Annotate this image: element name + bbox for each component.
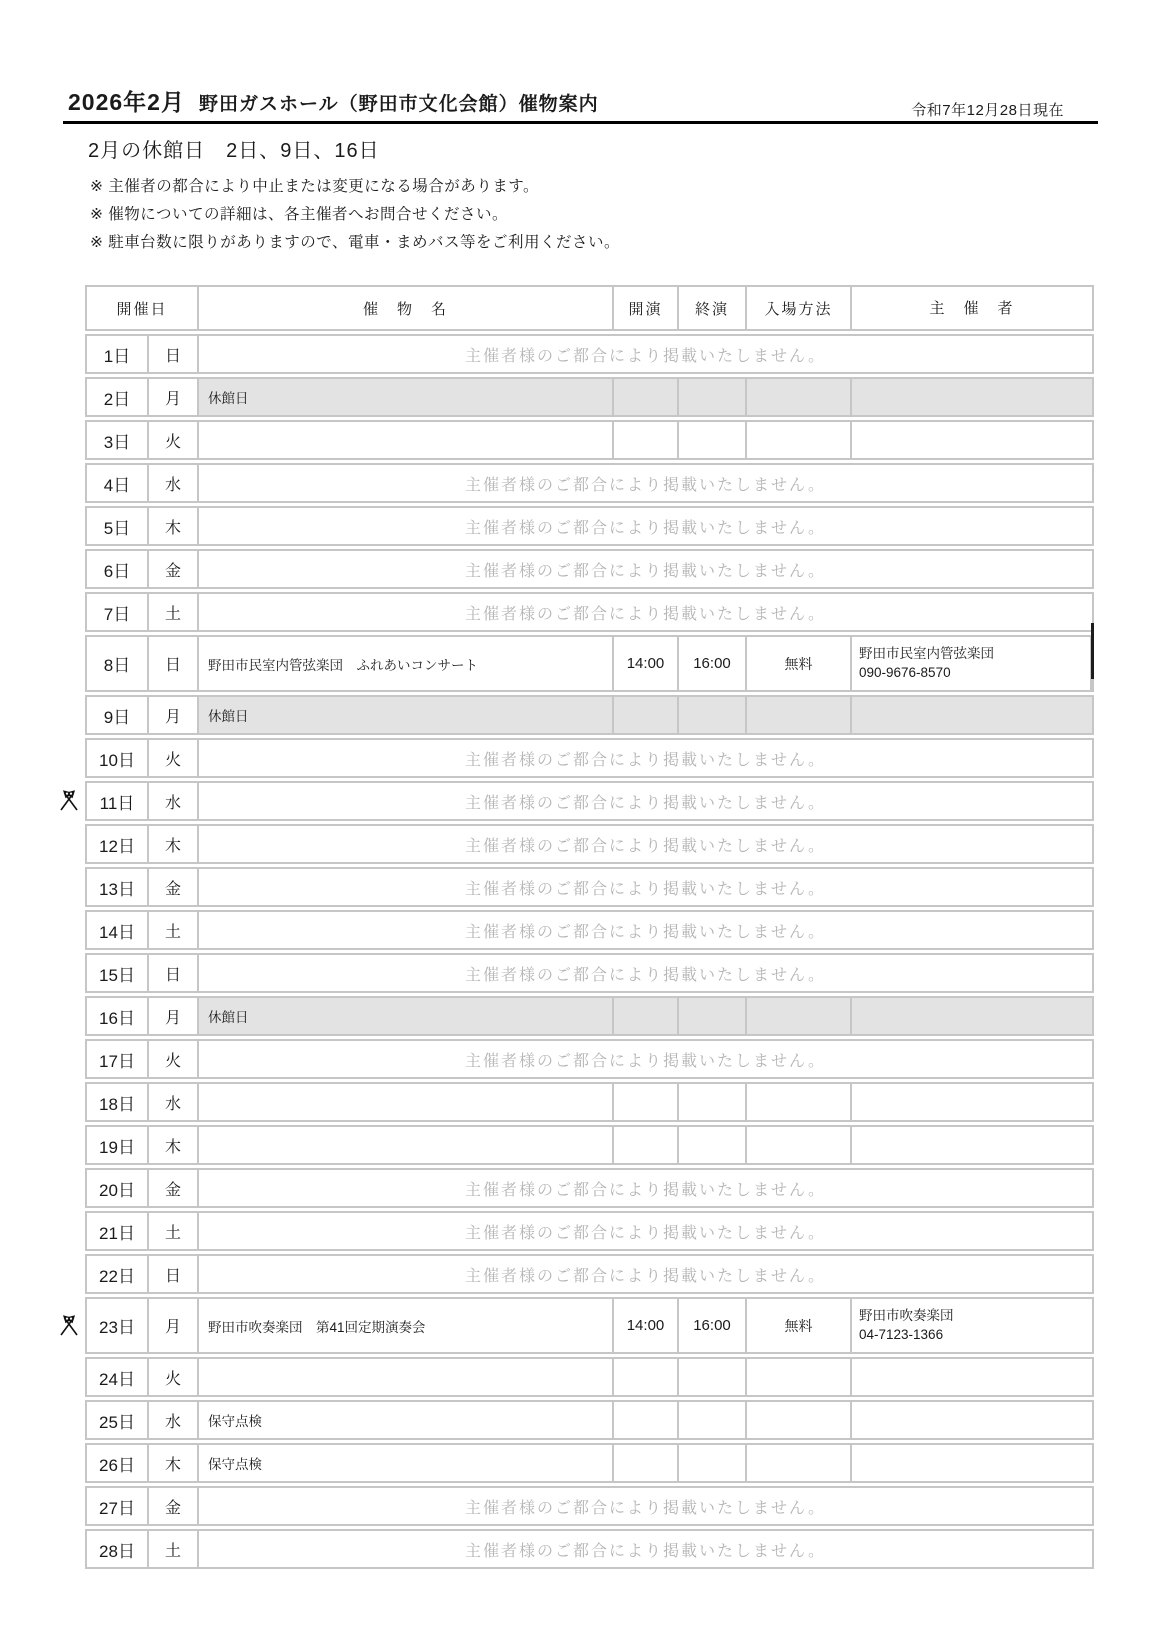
date-cell: 7日 bbox=[87, 594, 149, 630]
notes: ※ 主催者の都合により中止または変更になる場合があります。 ※ 催物についての詳… bbox=[90, 173, 620, 257]
table-row: 6日金主催者様のご都合により掲載いたしません。 bbox=[85, 549, 1094, 589]
table-row: 19日木 bbox=[85, 1125, 1094, 1165]
admission-cell bbox=[747, 1084, 852, 1120]
weekday-cell: 水 bbox=[149, 1084, 199, 1120]
date-cell: 10日 bbox=[87, 740, 149, 776]
end-time-cell: 16:00 bbox=[679, 637, 747, 690]
organizer-cell bbox=[852, 379, 1092, 415]
start-time-cell bbox=[614, 1084, 679, 1120]
weekday-cell: 日 bbox=[149, 955, 199, 991]
table-row: 3日火 bbox=[85, 420, 1094, 460]
start-time-cell bbox=[614, 1402, 679, 1438]
event-name-cell: 保守点検 bbox=[199, 1402, 614, 1438]
weekday-cell: 火 bbox=[149, 740, 199, 776]
weekday-cell: 水 bbox=[149, 465, 199, 501]
weekday-cell: 土 bbox=[149, 1213, 199, 1249]
date-cell: 23日 bbox=[87, 1299, 149, 1352]
date-cell: 4日 bbox=[87, 465, 149, 501]
organizer-cell: 野田市吹奏楽団04-7123-1366 bbox=[852, 1299, 1092, 1352]
date-cell: 1日 bbox=[87, 336, 149, 372]
notice-cell: 主催者様のご都合により掲載いたしません。 bbox=[199, 1170, 1092, 1206]
weekday-cell: 土 bbox=[149, 1531, 199, 1567]
start-time-cell: 14:00 bbox=[614, 1299, 679, 1352]
admission-cell bbox=[747, 998, 852, 1034]
end-time-cell: 16:00 bbox=[679, 1299, 747, 1352]
table-row: 5日木主催者様のご都合により掲載いたしません。 bbox=[85, 506, 1094, 546]
notice-cell: 主催者様のご都合により掲載いたしません。 bbox=[199, 336, 1092, 372]
table-header-row: 開催日 催 物 名 開演 終演 入場方法 主 催 者 bbox=[85, 285, 1094, 331]
notice-cell: 主催者様のご都合により掲載いたしません。 bbox=[199, 1213, 1092, 1249]
date-cell: 24日 bbox=[87, 1359, 149, 1395]
event-name-cell: 保守点検 bbox=[199, 1445, 614, 1481]
organizer-cell bbox=[852, 1445, 1092, 1481]
weekday-cell: 月 bbox=[149, 998, 199, 1034]
notice-cell: 主催者様のご都合により掲載いたしません。 bbox=[199, 826, 1092, 862]
header-date: 開催日 bbox=[87, 287, 199, 329]
weekday-cell: 水 bbox=[149, 1402, 199, 1438]
weekday-cell: 木 bbox=[149, 826, 199, 862]
table-row: 13日金主催者様のご都合により掲載いたしません。 bbox=[85, 867, 1094, 907]
crossed-flags-icon bbox=[57, 1314, 81, 1338]
crossed-flags-icon bbox=[57, 789, 81, 813]
event-name-cell bbox=[199, 1359, 614, 1395]
event-name-cell: 休館日 bbox=[199, 697, 614, 733]
date-cell: 21日 bbox=[87, 1213, 149, 1249]
header-start-time: 開演 bbox=[614, 287, 679, 329]
organizer-cell bbox=[852, 1127, 1092, 1163]
table-row: 21日土主催者様のご都合により掲載いたしません。 bbox=[85, 1211, 1094, 1251]
date-cell: 6日 bbox=[87, 551, 149, 587]
scan-artifact-line bbox=[1091, 623, 1094, 679]
organizer-lines: 野田市吹奏楽団04-7123-1366 bbox=[859, 1307, 954, 1345]
organizer-cell bbox=[852, 1402, 1092, 1438]
date-cell: 3日 bbox=[87, 422, 149, 458]
date-cell: 11日 bbox=[87, 783, 149, 819]
table-row: 17日火主催者様のご都合により掲載いたしません。 bbox=[85, 1039, 1094, 1079]
table-row: 22日日主催者様のご都合により掲載いたしません。 bbox=[85, 1254, 1094, 1294]
end-time-cell bbox=[679, 1359, 747, 1395]
date-cell: 16日 bbox=[87, 998, 149, 1034]
header-admission: 入場方法 bbox=[747, 287, 852, 329]
end-time-cell bbox=[679, 998, 747, 1034]
table-row: 26日木保守点検 bbox=[85, 1443, 1094, 1483]
start-time-cell bbox=[614, 379, 679, 415]
event-name-cell: 休館日 bbox=[199, 379, 614, 415]
notice-cell: 主催者様のご都合により掲載いたしません。 bbox=[199, 465, 1092, 501]
date-cell: 25日 bbox=[87, 1402, 149, 1438]
event-name-cell: 休館日 bbox=[199, 998, 614, 1034]
weekday-cell: 日 bbox=[149, 1256, 199, 1292]
start-time-cell bbox=[614, 1445, 679, 1481]
weekday-cell: 日 bbox=[149, 637, 199, 690]
weekday-cell: 火 bbox=[149, 1359, 199, 1395]
organizer-cell: 野田市民室内管弦楽団090-9676-8570 bbox=[852, 637, 1092, 690]
notice-cell: 主催者様のご都合により掲載いたしません。 bbox=[199, 783, 1092, 819]
date-cell: 9日 bbox=[87, 697, 149, 733]
document-header: 2026年2月野田ガスホール（野田市文化会館）催物案内 bbox=[68, 84, 599, 117]
table-row: 18日水 bbox=[85, 1082, 1094, 1122]
end-time-cell bbox=[679, 1084, 747, 1120]
date-cell: 5日 bbox=[87, 508, 149, 544]
weekday-cell: 金 bbox=[149, 551, 199, 587]
event-name-cell: 野田市吹奏楽団 第41回定期演奏会 bbox=[199, 1299, 614, 1352]
admission-cell bbox=[747, 1445, 852, 1481]
date-cell: 8日 bbox=[87, 637, 149, 690]
notice-cell: 主催者様のご都合により掲載いたしません。 bbox=[199, 551, 1092, 587]
admission-cell bbox=[747, 379, 852, 415]
notice-cell: 主催者様のご都合により掲載いたしません。 bbox=[199, 955, 1092, 991]
date-cell: 15日 bbox=[87, 955, 149, 991]
end-time-cell bbox=[679, 1402, 747, 1438]
notice-cell: 主催者様のご都合により掲載いたしません。 bbox=[199, 1041, 1092, 1077]
end-time-cell bbox=[679, 697, 747, 733]
weekday-cell: 木 bbox=[149, 1127, 199, 1163]
table-body: 1日日主催者様のご都合により掲載いたしません。2日月休館日3日火4日水主催者様の… bbox=[85, 334, 1094, 1569]
notice-cell: 主催者様のご都合により掲載いたしません。 bbox=[199, 594, 1092, 630]
notice-cell: 主催者様のご都合により掲載いたしません。 bbox=[199, 869, 1092, 905]
weekday-cell: 火 bbox=[149, 422, 199, 458]
weekday-cell: 月 bbox=[149, 379, 199, 415]
event-name-cell bbox=[199, 422, 614, 458]
notice-cell: 主催者様のご都合により掲載いたしません。 bbox=[199, 1256, 1092, 1292]
start-time-cell bbox=[614, 697, 679, 733]
start-time-cell: 14:00 bbox=[614, 637, 679, 690]
weekday-cell: 金 bbox=[149, 1488, 199, 1524]
admission-cell bbox=[747, 697, 852, 733]
note-line: ※ 主催者の都合により中止または変更になる場合があります。 bbox=[90, 173, 620, 201]
date-cell: 26日 bbox=[87, 1445, 149, 1481]
organizer-cell bbox=[852, 998, 1092, 1034]
event-name-cell bbox=[199, 1084, 614, 1120]
date-cell: 2日 bbox=[87, 379, 149, 415]
event-name-cell bbox=[199, 1127, 614, 1163]
organizer-cell bbox=[852, 1359, 1092, 1395]
table-row: 7日土主催者様のご都合により掲載いたしません。 bbox=[85, 592, 1094, 632]
start-time-cell bbox=[614, 1127, 679, 1163]
table-row: 28日土主催者様のご都合により掲載いたしません。 bbox=[85, 1529, 1094, 1569]
table-row: 23日月野田市吹奏楽団 第41回定期演奏会14:0016:00無料野田市吹奏楽団… bbox=[85, 1297, 1094, 1354]
schedule-table: 開催日 催 物 名 開演 終演 入場方法 主 催 者 1日日主催者様のご都合によ… bbox=[85, 285, 1094, 1572]
admission-cell: 無料 bbox=[747, 637, 852, 690]
date-cell: 18日 bbox=[87, 1084, 149, 1120]
admission-cell bbox=[747, 422, 852, 458]
table-row: 27日金主催者様のご都合により掲載いたしません。 bbox=[85, 1486, 1094, 1526]
title-month: 2026年2月 bbox=[68, 89, 185, 115]
notice-cell: 主催者様のご都合により掲載いたしません。 bbox=[199, 740, 1092, 776]
end-time-cell bbox=[679, 379, 747, 415]
weekday-cell: 水 bbox=[149, 783, 199, 819]
table-row: 20日金主催者様のご都合により掲載いたしません。 bbox=[85, 1168, 1094, 1208]
admission-cell bbox=[747, 1127, 852, 1163]
organizer-cell bbox=[852, 1084, 1092, 1120]
start-time-cell bbox=[614, 1359, 679, 1395]
notice-cell: 主催者様のご都合により掲載いたしません。 bbox=[199, 1488, 1092, 1524]
page-title: 野田ガスホール（野田市文化会館）催物案内 bbox=[199, 94, 599, 115]
weekday-cell: 木 bbox=[149, 508, 199, 544]
organizer-cell bbox=[852, 422, 1092, 458]
note-line: ※ 催物についての詳細は、各主催者へお問合せください。 bbox=[90, 201, 620, 229]
date-cell: 14日 bbox=[87, 912, 149, 948]
table-row: 2日月休館日 bbox=[85, 377, 1094, 417]
table-row: 16日月休館日 bbox=[85, 996, 1094, 1036]
table-row: 12日木主催者様のご都合により掲載いたしません。 bbox=[85, 824, 1094, 864]
header-end-time: 終演 bbox=[679, 287, 747, 329]
end-time-cell bbox=[679, 1445, 747, 1481]
weekday-cell: 木 bbox=[149, 1445, 199, 1481]
weekday-cell: 金 bbox=[149, 869, 199, 905]
weekday-cell: 火 bbox=[149, 1041, 199, 1077]
closed-days-line: 2月の休館日 2日、9日、16日 bbox=[88, 134, 380, 163]
date-cell: 27日 bbox=[87, 1488, 149, 1524]
date-cell: 19日 bbox=[87, 1127, 149, 1163]
table-row: 4日水主催者様のご都合により掲載いたしません。 bbox=[85, 463, 1094, 503]
event-name-cell: 野田市民室内管弦楽団 ふれあいコンサート bbox=[199, 637, 614, 690]
table-row: 9日月休館日 bbox=[85, 695, 1094, 735]
notice-cell: 主催者様のご都合により掲載いたしません。 bbox=[199, 1531, 1092, 1567]
table-row: 1日日主催者様のご都合により掲載いたしません。 bbox=[85, 334, 1094, 374]
admission-cell bbox=[747, 1359, 852, 1395]
table-row: 24日火 bbox=[85, 1357, 1094, 1397]
notice-cell: 主催者様のご都合により掲載いたしません。 bbox=[199, 508, 1092, 544]
date-cell: 17日 bbox=[87, 1041, 149, 1077]
organizer-lines: 野田市民室内管弦楽団090-9676-8570 bbox=[859, 645, 994, 683]
table-row: 14日土主催者様のご都合により掲載いたしません。 bbox=[85, 910, 1094, 950]
table-row: 15日日主催者様のご都合により掲載いたしません。 bbox=[85, 953, 1094, 993]
note-line: ※ 駐車台数に限りがありますので、電車・まめバス等をご利用ください。 bbox=[90, 229, 620, 257]
table-row: 8日日野田市民室内管弦楽団 ふれあいコンサート14:0016:00無料野田市民室… bbox=[85, 635, 1094, 692]
weekday-cell: 月 bbox=[149, 697, 199, 733]
end-time-cell bbox=[679, 1127, 747, 1163]
start-time-cell bbox=[614, 998, 679, 1034]
date-cell: 13日 bbox=[87, 869, 149, 905]
date-cell: 28日 bbox=[87, 1531, 149, 1567]
weekday-cell: 日 bbox=[149, 336, 199, 372]
weekday-cell: 月 bbox=[149, 1299, 199, 1352]
date-cell: 20日 bbox=[87, 1170, 149, 1206]
organizer-cell bbox=[852, 697, 1092, 733]
end-time-cell bbox=[679, 422, 747, 458]
table-row: 11日水主催者様のご都合により掲載いたしません。 bbox=[85, 781, 1094, 821]
table-row: 10日火主催者様のご都合により掲載いたしません。 bbox=[85, 738, 1094, 778]
weekday-cell: 金 bbox=[149, 1170, 199, 1206]
date-cell: 12日 bbox=[87, 826, 149, 862]
admission-cell: 無料 bbox=[747, 1299, 852, 1352]
title-rule bbox=[63, 121, 1098, 124]
admission-cell bbox=[747, 1402, 852, 1438]
table-row: 25日水保守点検 bbox=[85, 1400, 1094, 1440]
header-organizer: 主 催 者 bbox=[852, 287, 1092, 329]
header-event-name: 催 物 名 bbox=[199, 287, 614, 329]
weekday-cell: 土 bbox=[149, 912, 199, 948]
weekday-cell: 土 bbox=[149, 594, 199, 630]
date-cell: 22日 bbox=[87, 1256, 149, 1292]
start-time-cell bbox=[614, 422, 679, 458]
notice-cell: 主催者様のご都合により掲載いたしません。 bbox=[199, 912, 1092, 948]
as-of-date: 令和7年12月28日現在 bbox=[911, 99, 1064, 120]
